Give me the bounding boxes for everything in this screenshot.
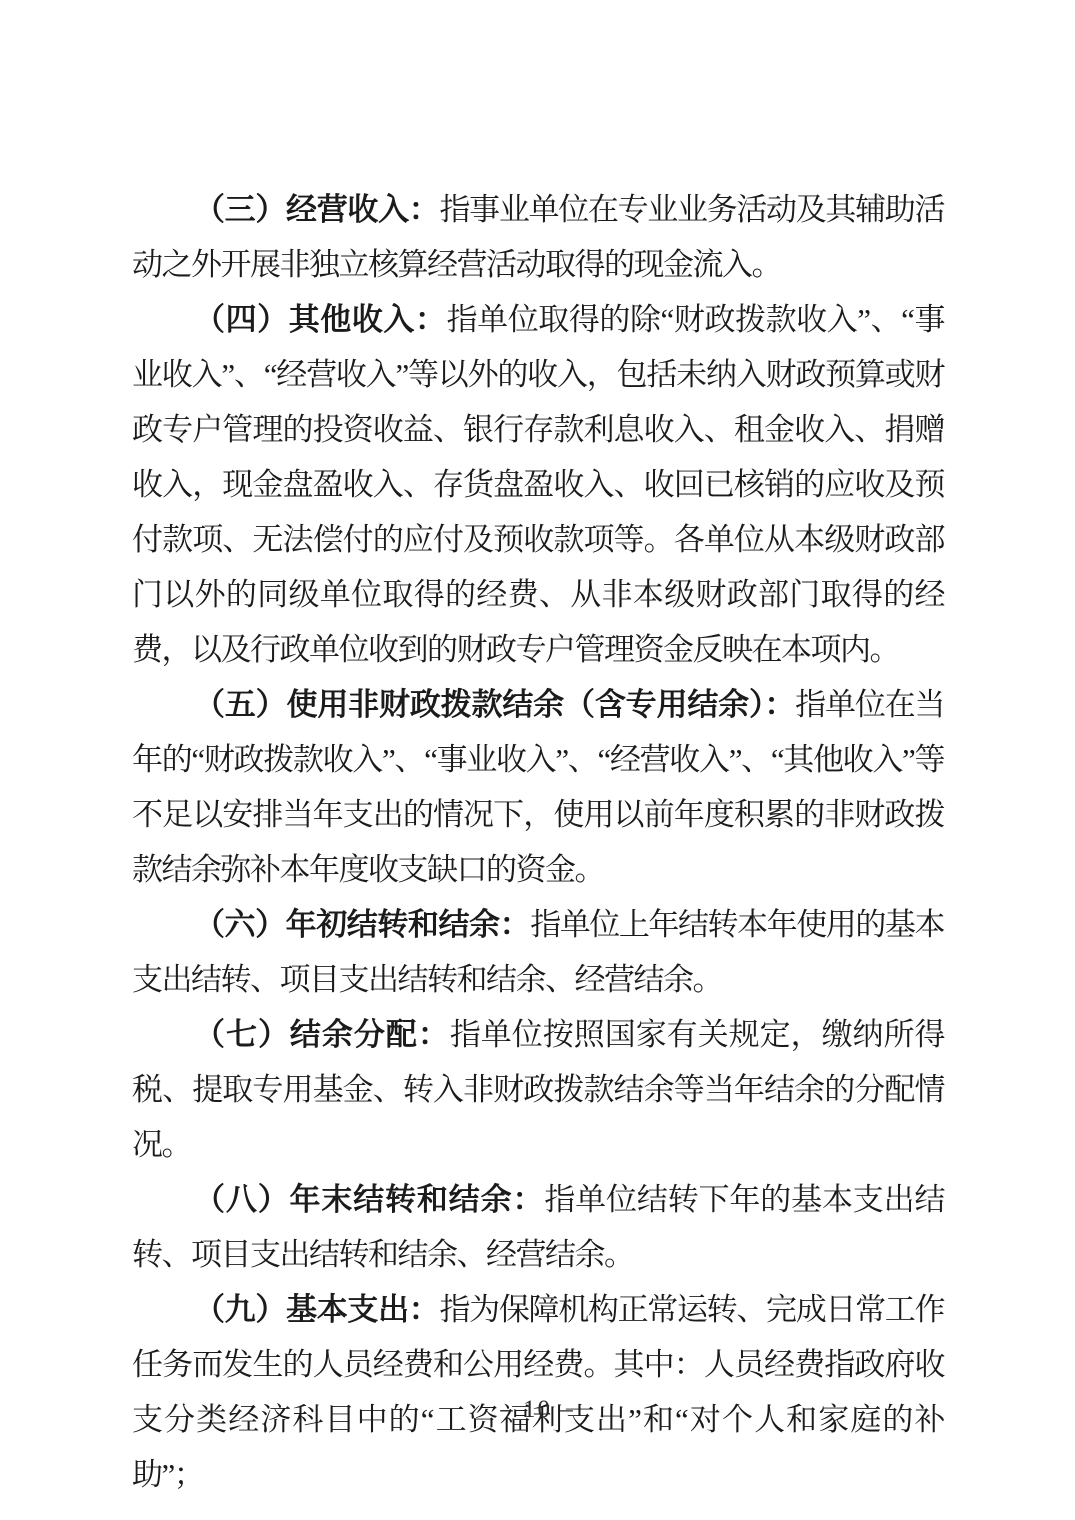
- paragraph-heading: （九）基本支出：: [194, 1292, 440, 1327]
- paragraph: （九）基本支出：指为保障机构正常运转、完成日常工作任务而发生的人员经费和公用经费…: [132, 1282, 944, 1502]
- paragraph: （五）使用非财政拨款结余（含专用结余）：指单位在当年的“财政拨款收入”、“事业收…: [132, 677, 944, 897]
- paragraph-body: 指单位取得的除“财政拨款收入”、“事业收入”、“经营收入”等以外的收入，包括未纳…: [132, 302, 944, 667]
- paragraph-heading: （三）经营收入：: [194, 192, 440, 227]
- paragraph-heading: （六）年初结转和结余：: [194, 907, 530, 942]
- paragraph-heading: （四）其他收入：: [194, 302, 447, 337]
- paragraph-heading: （五）使用非财政拨款结余（含专用结余）：: [194, 687, 795, 722]
- page-number: – 10 –: [0, 1396, 1075, 1424]
- paragraph-heading: （七）结余分配：: [194, 1017, 450, 1052]
- paragraph-heading: （八）年末结转和结余：: [194, 1182, 544, 1217]
- document-body: （三）经营收入：指事业单位在专业业务活动及其辅助活动之外开展非独立核算经营活动取…: [132, 182, 944, 1502]
- document-page: （三）经营收入：指事业单位在专业业务活动及其辅助活动之外开展非独立核算经营活动取…: [0, 0, 1075, 1520]
- paragraph: （八）年末结转和结余：指单位结转下年的基本支出结转、项目支出结转和结余、经营结余…: [132, 1172, 944, 1282]
- paragraph: （六）年初结转和结余：指单位上年结转本年使用的基本支出结转、项目支出结转和结余、…: [132, 897, 944, 1007]
- paragraph: （七）结余分配：指单位按照国家有关规定，缴纳所得税、提取专用基金、转入非财政拨款…: [132, 1007, 944, 1172]
- paragraph: （四）其他收入：指单位取得的除“财政拨款收入”、“事业收入”、“经营收入”等以外…: [132, 292, 944, 677]
- paragraph: （三）经营收入：指事业单位在专业业务活动及其辅助活动之外开展非独立核算经营活动取…: [132, 182, 944, 292]
